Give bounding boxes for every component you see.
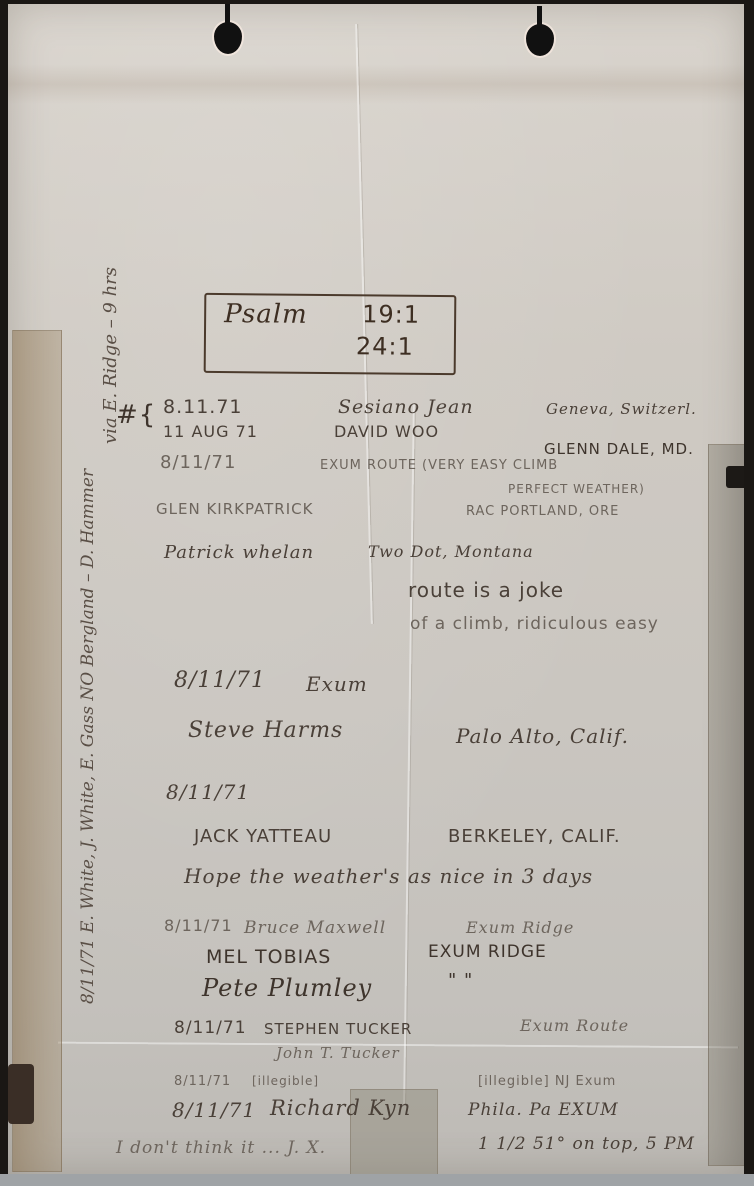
entry-name: John T. Tucker (276, 1044, 400, 1062)
entry-name: Richard Kyn (270, 1096, 411, 1120)
entry-route: EXUM RIDGE (428, 942, 547, 962)
crease (403, 404, 415, 1104)
entry-name: EXUM ROUTE (VERY EASY CLIMB (320, 458, 558, 473)
entry-date: 8/11/71 (174, 668, 266, 693)
entry-place: Palo Alto, Calif. (456, 724, 629, 748)
margin-note: 8/11/71 E. White, J. White, E. Gass NO B… (78, 469, 98, 1004)
psalm-box: Psalm 19:1 24:1 (204, 293, 457, 375)
entry-place: Phila. Pa EXUM (468, 1100, 619, 1120)
entry-date: 8/11/71 (160, 452, 236, 473)
entry-place: BERKELEY, CALIF. (448, 826, 621, 847)
psalm-verse: 24:1 (356, 332, 414, 361)
entry-date: 8/11/71 (174, 1074, 231, 1089)
fold-band (8, 64, 744, 104)
entry-date: 8/11/71 (174, 1018, 247, 1038)
entry-place: Geneva, Switzerl. (546, 400, 697, 418)
entry-comment: I don't think it ... J. X. (116, 1138, 326, 1158)
entry-comment: route is a joke (408, 578, 564, 602)
punch-hole-icon (214, 22, 242, 54)
entry-date: 11 AUG 71 (163, 422, 258, 441)
register-sheet: 8/11/71 E. White, J. White, E. Gass NO B… (8, 4, 744, 1174)
entry-name: Sesiano Jean (338, 396, 474, 418)
entry-place: PERFECT WEATHER) (508, 482, 645, 496)
entry-name: [illegible] (252, 1074, 319, 1088)
tear-notch (726, 466, 744, 488)
entry-place: Two Dot, Montana (368, 542, 534, 561)
entry-place: RAC PORTLAND, ORE (466, 504, 619, 519)
entry-comment: Hope the weather's as nice in 3 days (184, 864, 593, 888)
entry-date: 8.11.71 (163, 396, 243, 418)
entry-comment: of a climb, ridiculous easy (410, 614, 659, 634)
entry-date: 8/11/71 (164, 916, 233, 935)
tape-strip (708, 444, 744, 1166)
entry-place: [illegible] NJ Exum (478, 1074, 616, 1089)
entry-date: 8/11/71 (166, 780, 250, 804)
entry-date: 8/11/71 (172, 1098, 256, 1122)
entry-route: Exum Ridge (466, 918, 574, 937)
ditto-mark: " " (448, 970, 473, 991)
entry-name: JACK YATTEAU (194, 826, 332, 847)
psalm-label: Psalm (224, 299, 308, 330)
tape-strip (12, 330, 62, 1172)
entry-name: Patrick whelan (164, 542, 314, 563)
entry-name: STEPHEN TUCKER (264, 1020, 412, 1038)
entry-name: Bruce Maxwell (244, 918, 386, 938)
entry-route: Exum Route (520, 1016, 629, 1035)
entry-name: DAVID WOO (334, 422, 439, 441)
entry-place: GLENN DALE, MD. (544, 440, 694, 458)
entry-name: Pete Plumley (202, 974, 372, 1002)
entry-name: GLEN KIRKPATRICK (156, 500, 313, 518)
bottom-edge (0, 1174, 754, 1186)
entry-name: Steve Harms (188, 718, 343, 743)
psalm-verse: 19:1 (362, 300, 420, 329)
entry-marker: #{ (116, 400, 156, 430)
entry-name: MEL TOBIAS (206, 946, 331, 968)
entry-comment: 1 1/2 51° on top, 5 PM (478, 1134, 695, 1154)
punch-hole-icon (526, 24, 554, 56)
entry-route: Exum (306, 672, 368, 696)
stain (8, 1064, 34, 1124)
